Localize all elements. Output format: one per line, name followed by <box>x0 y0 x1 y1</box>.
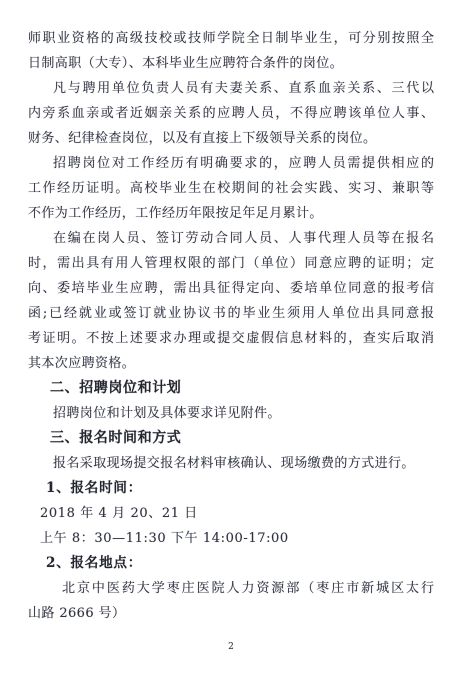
section-heading: 二、招聘岗位和计划 <box>28 376 434 401</box>
text-line: 向、委培毕业生应聘，需出具征得定向、委培单位同意的报考信 <box>28 276 434 301</box>
text-line: 其本次应聘资格。 <box>28 351 434 376</box>
text-line: 2018 年 4 月 20、21 日 <box>28 501 434 526</box>
text-line: 招聘岗位对工作经历有明确要求的，应聘人员需提供相应的 <box>28 151 434 176</box>
text-line: 在编在岗人员、签订劳动合同人员、人事代理人员等在报名 <box>28 226 434 251</box>
text-line: 山路 2666 号） <box>28 601 434 626</box>
text-line: 报名采取现场提交报名材料审核确认、现场缴费的方式进行。 <box>28 451 434 476</box>
text-line: 不作为工作经历，工作经历年限按足年足月累计。 <box>28 201 434 226</box>
text-line: 财务、纪律检查岗位，以及有直接上下级领导关系的岗位。 <box>28 126 434 151</box>
text-line: 考证明。不按上述要求办理或提交虚假信息材料的，查实后取消 <box>28 326 434 351</box>
sub-heading: 2、报名地点： <box>28 551 434 576</box>
page-number: 2 <box>28 641 434 653</box>
text-line: 时，需出具有用人管理权限的部门（单位）同意应聘的证明；定 <box>28 251 434 276</box>
section-heading: 三、报名时间和方式 <box>28 426 434 451</box>
text-line: 函;已经就业或签订就业协议书的毕业生须用人单位出具同意报 <box>28 301 434 326</box>
text-line: 北京中医药大学枣庄医院人力资源部（枣庄市新城区太行 <box>28 576 434 601</box>
document-body: 师职业资格的高级技校或技师学院全日制毕业生，可分别按照全 日制高职（大专）、本科… <box>28 26 434 626</box>
text-line: 日制高职（大专）、本科毕业生应聘符合条件的岗位。 <box>28 51 434 76</box>
text-line: 凡与聘用单位负责人员有夫妻关系、直系血亲关系、三代以 <box>28 76 434 101</box>
text-line: 招聘岗位和计划及具体要求详见附件。 <box>28 401 434 426</box>
text-line: 内旁系血亲或者近姻亲关系的应聘人员，不得应聘该单位人事、 <box>28 101 434 126</box>
text-line: 师职业资格的高级技校或技师学院全日制毕业生，可分别按照全 <box>28 26 434 51</box>
document-page: 师职业资格的高级技校或技师学院全日制毕业生，可分别按照全 日制高职（大专）、本科… <box>0 0 472 687</box>
text-line: 工作经历证明。高校毕业生在校期间的社会实践、实习、兼职等 <box>28 176 434 201</box>
text-line: 上午 8：30—11:30 下午 14:00-17:00 <box>28 526 434 551</box>
sub-heading: 1、报名时间： <box>28 476 434 501</box>
